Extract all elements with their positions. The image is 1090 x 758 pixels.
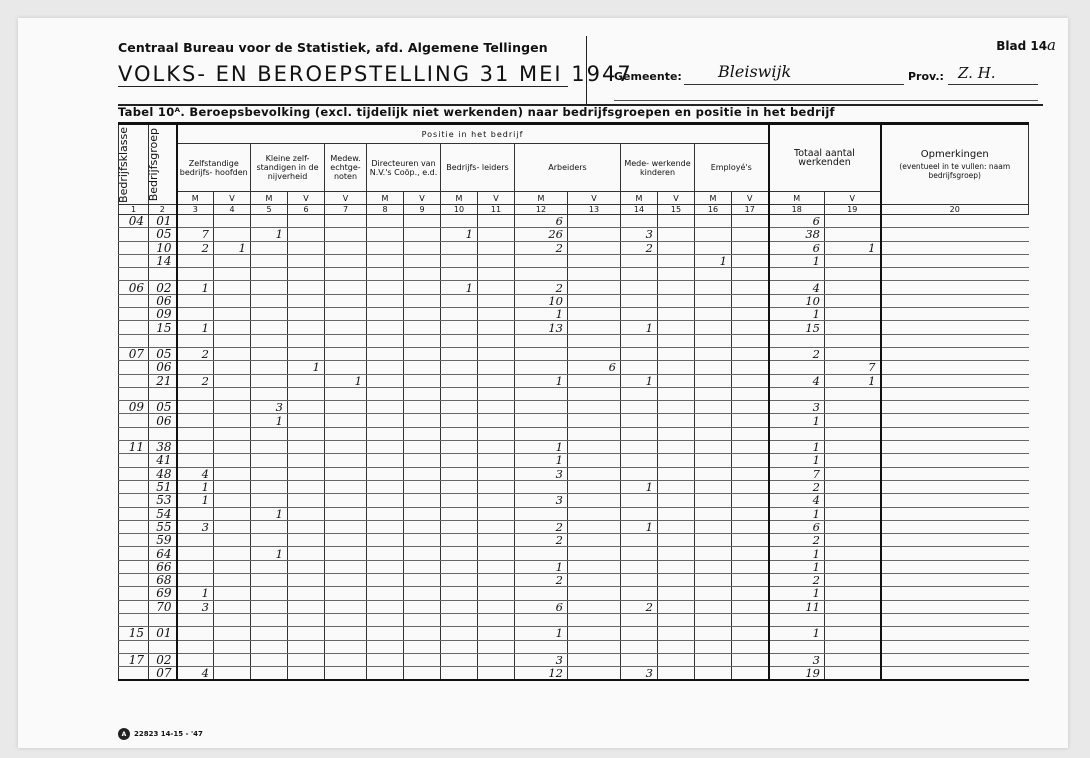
- count-cell[interactable]: [695, 401, 732, 414]
- count-cell[interactable]: [695, 334, 732, 347]
- count-cell[interactable]: [404, 454, 441, 467]
- count-cell[interactable]: [825, 294, 881, 307]
- count-cell[interactable]: [325, 401, 367, 414]
- count-cell[interactable]: [441, 534, 478, 547]
- count-cell[interactable]: 1: [515, 560, 568, 573]
- bedrijfsgroep-cell[interactable]: 64: [149, 547, 177, 560]
- count-cell[interactable]: [288, 640, 325, 653]
- count-cell[interactable]: [568, 241, 621, 254]
- count-cell[interactable]: 1: [251, 547, 288, 560]
- count-cell[interactable]: 6: [568, 361, 621, 374]
- count-cell[interactable]: [441, 441, 478, 454]
- count-cell[interactable]: [214, 574, 251, 587]
- count-cell[interactable]: [732, 627, 769, 640]
- count-cell[interactable]: [515, 547, 568, 560]
- count-cell[interactable]: [732, 374, 769, 387]
- opmerkingen-cell[interactable]: [881, 613, 1029, 626]
- count-cell[interactable]: [658, 347, 695, 360]
- count-cell[interactable]: [214, 454, 251, 467]
- count-cell[interactable]: [658, 613, 695, 626]
- count-cell[interactable]: [621, 308, 658, 321]
- count-cell[interactable]: [441, 547, 478, 560]
- count-cell[interactable]: [478, 547, 515, 560]
- count-cell[interactable]: 6: [515, 215, 568, 228]
- count-cell[interactable]: 1: [769, 507, 825, 520]
- count-cell[interactable]: [177, 427, 214, 440]
- count-cell[interactable]: [732, 387, 769, 400]
- count-cell[interactable]: [695, 653, 732, 666]
- count-cell[interactable]: 3: [177, 520, 214, 533]
- count-cell[interactable]: [325, 454, 367, 467]
- count-cell[interactable]: 2: [515, 281, 568, 294]
- count-cell[interactable]: [621, 281, 658, 294]
- count-cell[interactable]: [568, 334, 621, 347]
- count-cell[interactable]: [732, 454, 769, 467]
- bedrijfsklasse-cell[interactable]: [119, 600, 149, 613]
- opmerkingen-cell[interactable]: [881, 361, 1029, 374]
- count-cell[interactable]: [658, 640, 695, 653]
- count-cell[interactable]: [658, 534, 695, 547]
- bedrijfsgroep-cell[interactable]: 05: [149, 228, 177, 241]
- count-cell[interactable]: [251, 600, 288, 613]
- count-cell[interactable]: [441, 374, 478, 387]
- count-cell[interactable]: [251, 613, 288, 626]
- count-cell[interactable]: [695, 520, 732, 533]
- opmerkingen-cell[interactable]: [881, 454, 1029, 467]
- count-cell[interactable]: [478, 254, 515, 267]
- count-cell[interactable]: [325, 534, 367, 547]
- count-cell[interactable]: [732, 308, 769, 321]
- count-cell[interactable]: [404, 613, 441, 626]
- count-cell[interactable]: 1: [177, 281, 214, 294]
- count-cell[interactable]: [658, 308, 695, 321]
- count-cell[interactable]: [214, 441, 251, 454]
- count-cell[interactable]: [325, 560, 367, 573]
- count-cell[interactable]: [325, 627, 367, 640]
- opmerkingen-cell[interactable]: [881, 507, 1029, 520]
- count-cell[interactable]: [404, 361, 441, 374]
- count-cell[interactable]: [695, 414, 732, 427]
- count-cell[interactable]: [288, 401, 325, 414]
- count-cell[interactable]: [515, 401, 568, 414]
- bedrijfsgroep-cell[interactable]: 05: [149, 401, 177, 414]
- count-cell[interactable]: 7: [825, 361, 881, 374]
- count-cell[interactable]: [441, 587, 478, 600]
- count-cell[interactable]: [568, 613, 621, 626]
- count-cell[interactable]: [367, 534, 404, 547]
- count-cell[interactable]: [288, 321, 325, 334]
- count-cell[interactable]: [325, 441, 367, 454]
- count-cell[interactable]: [658, 321, 695, 334]
- count-cell[interactable]: 1: [769, 441, 825, 454]
- count-cell[interactable]: [568, 254, 621, 267]
- count-cell[interactable]: [732, 574, 769, 587]
- bedrijfsgroep-cell[interactable]: 55: [149, 520, 177, 533]
- count-cell[interactable]: [325, 254, 367, 267]
- count-cell[interactable]: 2: [515, 241, 568, 254]
- count-cell[interactable]: [515, 334, 568, 347]
- count-cell[interactable]: [404, 308, 441, 321]
- count-cell[interactable]: 19: [769, 667, 825, 681]
- count-cell[interactable]: [478, 294, 515, 307]
- count-cell[interactable]: [214, 427, 251, 440]
- opmerkingen-cell[interactable]: [881, 427, 1029, 440]
- opmerkingen-cell[interactable]: [881, 640, 1029, 653]
- count-cell[interactable]: [367, 507, 404, 520]
- count-cell[interactable]: [825, 254, 881, 267]
- count-cell[interactable]: [658, 401, 695, 414]
- count-cell[interactable]: [621, 640, 658, 653]
- count-cell[interactable]: 3: [177, 600, 214, 613]
- count-cell[interactable]: 6: [515, 600, 568, 613]
- bedrijfsgroep-cell[interactable]: 05: [149, 347, 177, 360]
- count-cell[interactable]: [441, 480, 478, 493]
- count-cell[interactable]: [177, 613, 214, 626]
- count-cell[interactable]: [367, 587, 404, 600]
- count-cell[interactable]: [658, 334, 695, 347]
- count-cell[interactable]: [732, 640, 769, 653]
- count-cell[interactable]: 10: [515, 294, 568, 307]
- count-cell[interactable]: [695, 627, 732, 640]
- count-cell[interactable]: 2: [621, 241, 658, 254]
- count-cell[interactable]: [478, 321, 515, 334]
- bedrijfsgroep-cell[interactable]: 10: [149, 241, 177, 254]
- count-cell[interactable]: [214, 480, 251, 493]
- count-cell[interactable]: 26: [515, 228, 568, 241]
- count-cell[interactable]: [568, 294, 621, 307]
- count-cell[interactable]: [478, 334, 515, 347]
- count-cell[interactable]: [478, 653, 515, 666]
- opmerkingen-cell[interactable]: [881, 480, 1029, 493]
- count-cell[interactable]: [177, 268, 214, 281]
- count-cell[interactable]: [441, 387, 478, 400]
- count-cell[interactable]: [441, 254, 478, 267]
- count-cell[interactable]: 1: [325, 374, 367, 387]
- count-cell[interactable]: [695, 480, 732, 493]
- count-cell[interactable]: [367, 627, 404, 640]
- count-cell[interactable]: [441, 361, 478, 374]
- count-cell[interactable]: [214, 627, 251, 640]
- count-cell[interactable]: [214, 534, 251, 547]
- count-cell[interactable]: [367, 294, 404, 307]
- count-cell[interactable]: [621, 401, 658, 414]
- count-cell[interactable]: [621, 613, 658, 626]
- count-cell[interactable]: [288, 560, 325, 573]
- count-cell[interactable]: [769, 427, 825, 440]
- count-cell[interactable]: [367, 281, 404, 294]
- count-cell[interactable]: 1: [515, 308, 568, 321]
- count-cell[interactable]: [177, 387, 214, 400]
- count-cell[interactable]: [367, 321, 404, 334]
- count-cell[interactable]: [478, 600, 515, 613]
- count-cell[interactable]: [621, 507, 658, 520]
- count-cell[interactable]: [568, 268, 621, 281]
- count-cell[interactable]: [658, 281, 695, 294]
- count-cell[interactable]: 38: [769, 228, 825, 241]
- opmerkingen-cell[interactable]: [881, 560, 1029, 573]
- opmerkingen-cell[interactable]: [881, 520, 1029, 533]
- count-cell[interactable]: [177, 507, 214, 520]
- count-cell[interactable]: [325, 281, 367, 294]
- count-cell[interactable]: [568, 427, 621, 440]
- count-cell[interactable]: [404, 547, 441, 560]
- count-cell[interactable]: [251, 560, 288, 573]
- count-cell[interactable]: [825, 640, 881, 653]
- count-cell[interactable]: [214, 613, 251, 626]
- count-cell[interactable]: [621, 294, 658, 307]
- count-cell[interactable]: [658, 467, 695, 480]
- opmerkingen-cell[interactable]: [881, 401, 1029, 414]
- count-cell[interactable]: [288, 574, 325, 587]
- count-cell[interactable]: [568, 467, 621, 480]
- count-cell[interactable]: [478, 613, 515, 626]
- count-cell[interactable]: [288, 215, 325, 228]
- count-cell[interactable]: 1: [769, 627, 825, 640]
- count-cell[interactable]: [825, 215, 881, 228]
- count-cell[interactable]: [621, 254, 658, 267]
- count-cell[interactable]: [441, 334, 478, 347]
- count-cell[interactable]: [515, 387, 568, 400]
- bedrijfsklasse-cell[interactable]: 09: [119, 401, 149, 414]
- bedrijfsklasse-cell[interactable]: [119, 574, 149, 587]
- count-cell[interactable]: [288, 347, 325, 360]
- count-cell[interactable]: [515, 427, 568, 440]
- count-cell[interactable]: [515, 613, 568, 626]
- opmerkingen-cell[interactable]: [881, 281, 1029, 294]
- count-cell[interactable]: [568, 414, 621, 427]
- count-cell[interactable]: [515, 507, 568, 520]
- opmerkingen-cell[interactable]: [881, 494, 1029, 507]
- count-cell[interactable]: 1: [621, 321, 658, 334]
- count-cell[interactable]: [367, 401, 404, 414]
- count-cell[interactable]: [732, 507, 769, 520]
- count-cell[interactable]: [441, 414, 478, 427]
- bedrijfsklasse-cell[interactable]: [119, 387, 149, 400]
- count-cell[interactable]: 7: [769, 467, 825, 480]
- count-cell[interactable]: [658, 414, 695, 427]
- count-cell[interactable]: [367, 494, 404, 507]
- count-cell[interactable]: [404, 321, 441, 334]
- count-cell[interactable]: [288, 241, 325, 254]
- count-cell[interactable]: [367, 640, 404, 653]
- count-cell[interactable]: 3: [515, 653, 568, 666]
- count-cell[interactable]: [732, 494, 769, 507]
- count-cell[interactable]: [404, 294, 441, 307]
- count-cell[interactable]: [658, 361, 695, 374]
- count-cell[interactable]: [658, 574, 695, 587]
- count-cell[interactable]: 3: [251, 401, 288, 414]
- bedrijfsklasse-cell[interactable]: [119, 374, 149, 387]
- count-cell[interactable]: [404, 281, 441, 294]
- bedrijfsgroep-cell[interactable]: 68: [149, 574, 177, 587]
- count-cell[interactable]: [825, 547, 881, 560]
- count-cell[interactable]: [825, 347, 881, 360]
- count-cell[interactable]: [732, 281, 769, 294]
- count-cell[interactable]: [825, 467, 881, 480]
- bedrijfsgroep-cell[interactable]: [149, 334, 177, 347]
- count-cell[interactable]: [658, 427, 695, 440]
- count-cell[interactable]: [367, 254, 404, 267]
- count-cell[interactable]: [658, 228, 695, 241]
- opmerkingen-cell[interactable]: [881, 547, 1029, 560]
- bedrijfsklasse-cell[interactable]: [119, 414, 149, 427]
- count-cell[interactable]: [251, 640, 288, 653]
- opmerkingen-cell[interactable]: [881, 334, 1029, 347]
- count-cell[interactable]: [658, 374, 695, 387]
- bedrijfsklasse-cell[interactable]: [119, 507, 149, 520]
- bedrijfsgroep-cell[interactable]: 53: [149, 494, 177, 507]
- count-cell[interactable]: [695, 387, 732, 400]
- count-cell[interactable]: [441, 308, 478, 321]
- count-cell[interactable]: [404, 374, 441, 387]
- count-cell[interactable]: [732, 321, 769, 334]
- count-cell[interactable]: [695, 321, 732, 334]
- count-cell[interactable]: [404, 228, 441, 241]
- opmerkingen-cell[interactable]: [881, 374, 1029, 387]
- count-cell[interactable]: [825, 480, 881, 493]
- count-cell[interactable]: [621, 534, 658, 547]
- count-cell[interactable]: [441, 667, 478, 681]
- count-cell[interactable]: [732, 560, 769, 573]
- count-cell[interactable]: [441, 627, 478, 640]
- count-cell[interactable]: [367, 454, 404, 467]
- count-cell[interactable]: [658, 480, 695, 493]
- bedrijfsklasse-cell[interactable]: [119, 308, 149, 321]
- count-cell[interactable]: [621, 441, 658, 454]
- count-cell[interactable]: [478, 560, 515, 573]
- bedrijfsklasse-cell[interactable]: [119, 480, 149, 493]
- count-cell[interactable]: [515, 414, 568, 427]
- count-cell[interactable]: [515, 254, 568, 267]
- count-cell[interactable]: 6: [769, 520, 825, 533]
- count-cell[interactable]: [214, 467, 251, 480]
- count-cell[interactable]: [441, 613, 478, 626]
- count-cell[interactable]: [568, 653, 621, 666]
- count-cell[interactable]: [568, 560, 621, 573]
- count-cell[interactable]: 4: [769, 374, 825, 387]
- count-cell[interactable]: [568, 534, 621, 547]
- count-cell[interactable]: [695, 547, 732, 560]
- count-cell[interactable]: [367, 241, 404, 254]
- count-cell[interactable]: [568, 520, 621, 533]
- count-cell[interactable]: [288, 387, 325, 400]
- bedrijfsklasse-cell[interactable]: [119, 241, 149, 254]
- bedrijfsklasse-cell[interactable]: [119, 454, 149, 467]
- count-cell[interactable]: [695, 534, 732, 547]
- bedrijfsklasse-cell[interactable]: [119, 613, 149, 626]
- count-cell[interactable]: [732, 613, 769, 626]
- count-cell[interactable]: [404, 414, 441, 427]
- bedrijfsgroep-cell[interactable]: 06: [149, 294, 177, 307]
- count-cell[interactable]: [732, 534, 769, 547]
- count-cell[interactable]: [214, 520, 251, 533]
- count-cell[interactable]: 2: [515, 520, 568, 533]
- count-cell[interactable]: 3: [515, 467, 568, 480]
- count-cell[interactable]: [695, 600, 732, 613]
- count-cell[interactable]: [214, 667, 251, 681]
- count-cell[interactable]: [177, 547, 214, 560]
- count-cell[interactable]: [478, 427, 515, 440]
- count-cell[interactable]: [732, 520, 769, 533]
- count-cell[interactable]: [288, 268, 325, 281]
- count-cell[interactable]: [658, 494, 695, 507]
- count-cell[interactable]: [769, 640, 825, 653]
- count-cell[interactable]: 2: [769, 480, 825, 493]
- count-cell[interactable]: [288, 653, 325, 666]
- count-cell[interactable]: [367, 427, 404, 440]
- count-cell[interactable]: [515, 347, 568, 360]
- count-cell[interactable]: [478, 480, 515, 493]
- count-cell[interactable]: [404, 441, 441, 454]
- count-cell[interactable]: [214, 321, 251, 334]
- opmerkingen-cell[interactable]: [881, 574, 1029, 587]
- count-cell[interactable]: [441, 241, 478, 254]
- count-cell[interactable]: [478, 347, 515, 360]
- count-cell[interactable]: [214, 334, 251, 347]
- count-cell[interactable]: [367, 361, 404, 374]
- count-cell[interactable]: [695, 640, 732, 653]
- count-cell[interactable]: [478, 667, 515, 681]
- count-cell[interactable]: 3: [621, 228, 658, 241]
- count-cell[interactable]: [177, 254, 214, 267]
- count-cell[interactable]: [441, 215, 478, 228]
- count-cell[interactable]: [367, 308, 404, 321]
- count-cell[interactable]: [478, 228, 515, 241]
- count-cell[interactable]: [288, 520, 325, 533]
- count-cell[interactable]: [325, 294, 367, 307]
- count-cell[interactable]: [404, 268, 441, 281]
- count-cell[interactable]: [441, 560, 478, 573]
- count-cell[interactable]: [478, 507, 515, 520]
- count-cell[interactable]: [478, 374, 515, 387]
- count-cell[interactable]: [404, 587, 441, 600]
- count-cell[interactable]: [288, 467, 325, 480]
- count-cell[interactable]: [325, 494, 367, 507]
- count-cell[interactable]: [177, 560, 214, 573]
- opmerkingen-cell[interactable]: [881, 347, 1029, 360]
- count-cell[interactable]: [404, 494, 441, 507]
- count-cell[interactable]: [251, 480, 288, 493]
- count-cell[interactable]: [825, 268, 881, 281]
- count-cell[interactable]: 4: [769, 281, 825, 294]
- count-cell[interactable]: [251, 587, 288, 600]
- count-cell[interactable]: [478, 640, 515, 653]
- count-cell[interactable]: [404, 640, 441, 653]
- count-cell[interactable]: [621, 627, 658, 640]
- count-cell[interactable]: [478, 494, 515, 507]
- count-cell[interactable]: [325, 347, 367, 360]
- opmerkingen-cell[interactable]: [881, 321, 1029, 334]
- count-cell[interactable]: [621, 574, 658, 587]
- count-cell[interactable]: [825, 441, 881, 454]
- count-cell[interactable]: [515, 480, 568, 493]
- count-cell[interactable]: [214, 507, 251, 520]
- count-cell[interactable]: [732, 241, 769, 254]
- count-cell[interactable]: [367, 347, 404, 360]
- count-cell[interactable]: [825, 507, 881, 520]
- count-cell[interactable]: [177, 441, 214, 454]
- bedrijfsgroep-cell[interactable]: 21: [149, 374, 177, 387]
- opmerkingen-cell[interactable]: [881, 653, 1029, 666]
- count-cell[interactable]: 1: [621, 480, 658, 493]
- count-cell[interactable]: [367, 667, 404, 681]
- opmerkingen-cell[interactable]: [881, 414, 1029, 427]
- bedrijfsklasse-cell[interactable]: [119, 467, 149, 480]
- count-cell[interactable]: [325, 574, 367, 587]
- count-cell[interactable]: [658, 268, 695, 281]
- count-cell[interactable]: [404, 574, 441, 587]
- bedrijfsgroep-cell[interactable]: 51: [149, 480, 177, 493]
